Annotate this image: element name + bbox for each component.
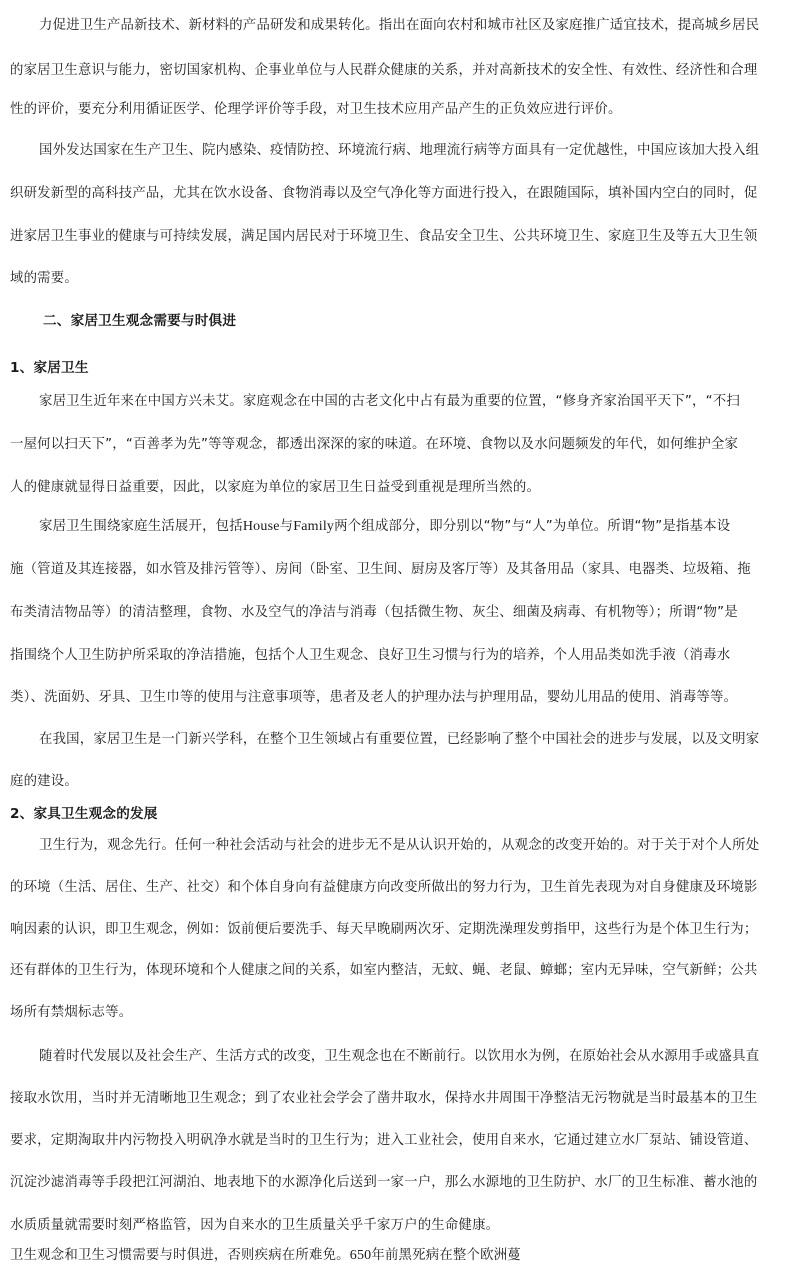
line-text: 在我国，家居卫生是一门新兴学科，在整个卫生领域占有重要位置，已经影响了整个中国社… [39,732,759,747]
paragraph-line: 的家居卫生意识与能力，密切国家机构、企事业单位与人民群众健康的关系，并对高新技术… [10,62,757,80]
line-text: 随着时代发展以及社会生产、生活方式的改变，卫生观念也在不断前行。以饮用水为例，在… [39,1049,759,1064]
line-text: 家居卫生围绕家庭生活展开，包括 [39,519,243,534]
paragraph-line: 的环境（生活、居住、生产、社交）和个体自身向有益健康方向改变所做出的努力行为，卫… [10,879,757,897]
paragraph-line: 家居卫生近年来在中国方兴未艾。家庭观念在中国的古老文化中占有最为重要的位置，“修… [39,393,740,411]
line-text: 水质质量就需要时刻严格监管，因为自来水的卫生质量关乎千家万户的生命健康。 [10,1218,499,1233]
line-text: 类）、洗面奶、牙具、卫生巾等的使用与注意事项等，患者及老人的护理办法与护理用品，… [10,690,737,705]
line-text: 沉淀沙滤消毒等手段把江河湖泊、地表地下的水源净化后送到一家一户，那么水源地的卫生… [10,1175,757,1190]
paragraph-line: 庭的建设。 [10,773,78,791]
paragraph-line: 还有群体的卫生行为，体现环境和个人健康之间的关系，如室内整洁，无蚊、蝇、老鼠、蟑… [10,962,757,980]
line-text: 力促进卫生产品新技术、新材料的产品研发和成果转化。指出在面向农村和城市社区及家庭… [39,18,759,33]
paragraph-line: 力促进卫生产品新技术、新材料的产品研发和成果转化。指出在面向农村和城市社区及家庭… [39,17,759,35]
paragraph-line: 人的健康就显得日益重要，因此，以家庭为单位的家居卫生日益受到重视是理所当然的。 [10,479,540,497]
line-text: 2、家具卫生观念的发展 [10,806,158,822]
paragraph-line: 场所有禁烟标志等。 [10,1004,132,1022]
line-text: 还有群体的卫生行为，体现环境和个人健康之间的关系，如室内整洁，无蚊、蝇、老鼠、蟑… [10,963,757,978]
paragraph-line: 随着时代发展以及社会生产、生活方式的改变，卫生观念也在不断前行。以饮用水为例，在… [39,1048,759,1066]
subsection-heading: 2、家具卫生观念的发展 [10,805,158,823]
line-text: 卫生行为，观念先行。任何一种社会活动与社会的进步无不是从认识开始的，从观念的改变… [39,838,759,853]
line-text: 要求，定期淘取井内污物投入明矾净水就是当时的卫生行为；进入工业社会，使用自来水，… [10,1133,757,1148]
latin-text: House [243,519,280,534]
line-text: 国外发达国家在生产卫生、院内感染、疫情防控、环境流行病、地理流行病等方面具有一定… [39,143,759,158]
paragraph-line: 布类清洁物品等）的清洁整理，食物、水及空气的净洁与消毒（包括微生物、灰尘、细菌及… [10,604,738,622]
line-text: 布类清洁物品等）的清洁整理，食物、水及空气的净洁与消毒（包括微生物、灰尘、细菌及… [10,605,738,620]
paragraph-line: 要求，定期淘取井内污物投入明矾净水就是当时的卫生行为；进入工业社会，使用自来水，… [10,1132,757,1150]
line-text: 接取水饮用，当时并无清晰地卫生观念；到了农业社会学会了凿井取水，保持水井周围干净… [10,1091,757,1106]
line-text: 庭的建设。 [10,774,78,789]
paragraph-line: 接取水饮用，当时并无清晰地卫生观念；到了农业社会学会了凿井取水，保持水井周围干净… [10,1090,757,1108]
latin-text: Family [293,519,334,534]
line-text: 织研发新型的高科技产品，尤其在饮水设备、食物消毒以及空气净化等方面进行投入，在跟… [10,186,757,201]
line-text: 家居卫生近年来在中国方兴未艾。家庭观念在中国的古老文化中占有最为重要的位置，“修… [39,394,740,409]
paragraph-line: 家居卫生围绕家庭生活展开，包括House与Family两个组成部分，即分别以“物… [39,518,730,536]
line-text: 域的需要。 [10,271,78,286]
paragraph-line: 沉淀沙滤消毒等手段把江河湖泊、地表地下的水源净化后送到一家一户，那么水源地的卫生… [10,1174,757,1192]
paragraph-line: 一屋何以扫天下”，“百善孝为先”等等观念，都透出深深的家的味道。在环境、食物以及… [10,436,738,454]
paragraph-line: 性的评价，要充分利用循证医学、伦理学评价等手段，对卫生技术应用产品产生的正负效应… [10,101,622,119]
line-text: 与 [280,519,294,534]
line-text: 性的评价，要充分利用循证医学、伦理学评价等手段，对卫生技术应用产品产生的正负效应… [10,102,622,117]
subsection-heading: 1、家居卫生 [10,359,89,377]
line-text: 施（管道及其连接器，如水管及排污管等）、房间（卧室、卫生间、厨房及客厅等）及其备… [10,562,751,577]
line-text: 一屋何以扫天下”，“百善孝为先”等等观念，都透出深深的家的味道。在环境、食物以及… [10,437,738,452]
line-text: 两个组成部分，即分别以“物”与“人”为单位。所谓“物”是指基本设 [334,519,730,534]
paragraph-line: 织研发新型的高科技产品，尤其在饮水设备、食物消毒以及空气净化等方面进行投入，在跟… [10,185,757,203]
line-text: 年前黑死病在整个欧洲蔓 [371,1248,521,1263]
paragraph-line: 国外发达国家在生产卫生、院内感染、疫情防控、环境流行病、地理流行病等方面具有一定… [39,142,759,160]
paragraph-line: 域的需要。 [10,270,78,288]
line-text: 二、家居卫生观念需要与时俱进 [43,313,236,329]
latin-text: 650 [350,1248,372,1263]
paragraph-line: 进家居卫生事业的健康与可持续发展，满足国内居民对于环境卫生、食品安全卫生、公共环… [10,228,757,246]
line-text: 人的健康就显得日益重要，因此，以家庭为单位的家居卫生日益受到重视是理所当然的。 [10,480,540,495]
section-heading: 二、家居卫生观念需要与时俱进 [43,312,236,330]
line-text: 的环境（生活、居住、生产、社交）和个体自身向有益健康方向改变所做出的努力行为，卫… [10,880,757,895]
line-text: 指围绕个人卫生防护所采取的净洁措施，包括个人卫生观念、良好卫生习惯与行为的培养，… [10,648,730,663]
paragraph-line: 施（管道及其连接器，如水管及排污管等）、房间（卧室、卫生间、厨房及客厅等）及其备… [10,561,751,579]
line-text: 的家居卫生意识与能力，密切国家机构、企事业单位与人民群众健康的关系，并对高新技术… [10,63,757,78]
line-text: 进家居卫生事业的健康与可持续发展，满足国内居民对于环境卫生、食品安全卫生、公共环… [10,229,757,244]
paragraph-line: 在我国，家居卫生是一门新兴学科，在整个卫生领域占有重要位置，已经影响了整个中国社… [39,731,759,749]
line-text: 1、家居卫生 [10,360,89,376]
paragraph-line: 响因素的认识，即卫生观念，例如：饭前便后要洗手、每天早晚刷两次牙、定期洗澡理发剪… [10,921,757,939]
line-text: 场所有禁烟标志等。 [10,1005,132,1020]
paragraph-line: 卫生观念和卫生习惯需要与时俱进，否则疾病在所难免。650年前黑死病在整个欧洲蔓 [10,1247,521,1265]
paragraph-line: 水质质量就需要时刻严格监管，因为自来水的卫生质量关乎千家万户的生命健康。 [10,1217,499,1235]
paragraph-line: 指围绕个人卫生防护所采取的净洁措施，包括个人卫生观念、良好卫生习惯与行为的培养，… [10,647,730,665]
paragraph-line: 类）、洗面奶、牙具、卫生巾等的使用与注意事项等，患者及老人的护理办法与护理用品，… [10,689,737,707]
paragraph-line: 卫生行为，观念先行。任何一种社会活动与社会的进步无不是从认识开始的，从观念的改变… [39,837,759,855]
line-text: 响因素的认识，即卫生观念，例如：饭前便后要洗手、每天早晚刷两次牙、定期洗澡理发剪… [10,922,757,937]
line-text: 卫生观念和卫生习惯需要与时俱进，否则疾病在所难免。 [10,1248,350,1263]
